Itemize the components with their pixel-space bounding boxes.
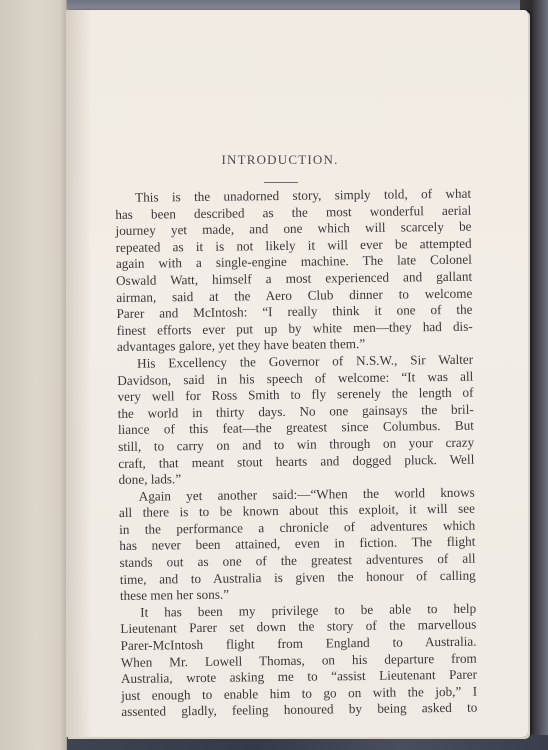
book-cover-bottom: [60, 735, 548, 750]
body-text: This is the unadorned story, simply told…: [115, 186, 477, 721]
heading-rule: [264, 182, 298, 183]
facing-page: [0, 0, 67, 750]
chapter-heading: INTRODUCTION.: [0, 152, 548, 168]
